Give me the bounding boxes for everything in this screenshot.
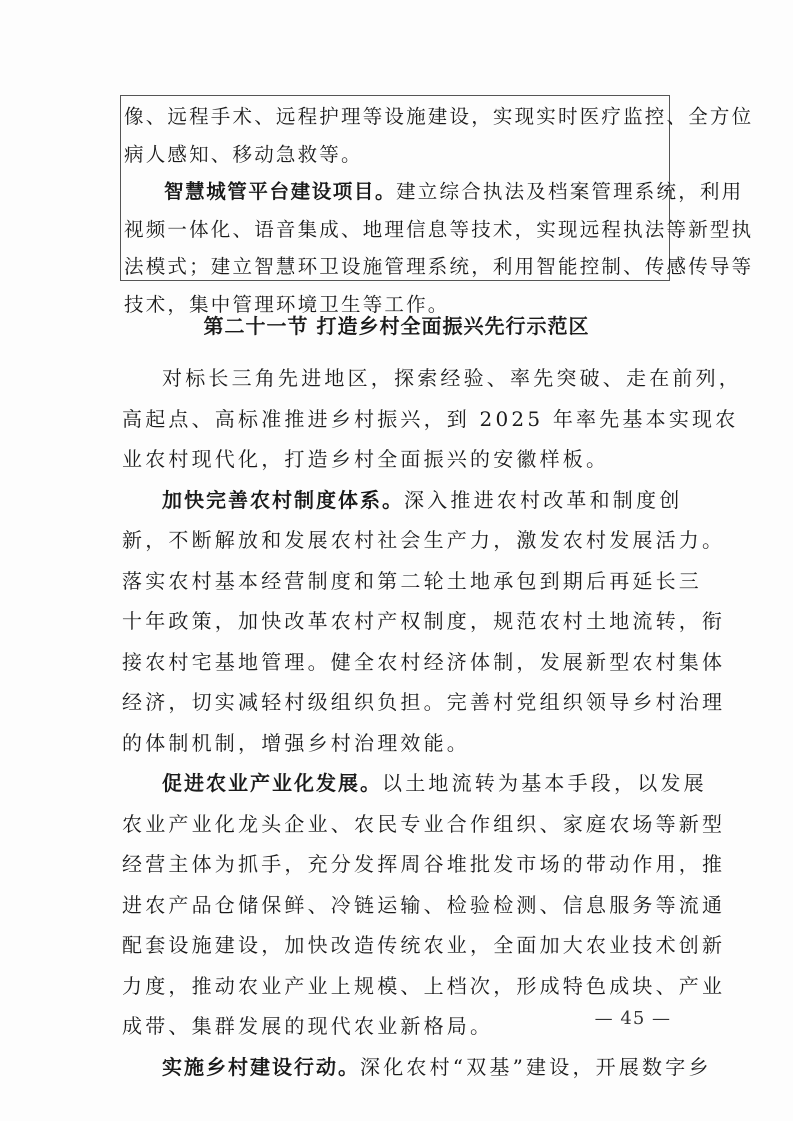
paragraph-line: 的体制机制，增强乡村治理效能。 (122, 723, 682, 764)
box-line: 智慧城管平台建设项目。建立综合执法及档案管理系统，利用 (124, 173, 669, 211)
paragraph-line: 业农村现代化，打造乡村全面振兴的安徽样板。 (122, 439, 682, 480)
box-line: 视频一体化、语音集成、地理信息等技术，实现远程执法等新型执 (124, 211, 669, 249)
paragraph-heading: 促进农业产业化发展。 (162, 771, 382, 795)
paragraph-line: 实施乡村建设行动。深化农村“双基”建设，开展数字乡 (122, 1047, 682, 1088)
paragraph-line: 加快完善农村制度体系。深入推进农村改革和制度创 (122, 480, 682, 521)
paragraph-line: 接农村宅基地管理。健全农村经济体制，发展新型农村集体 (122, 642, 682, 683)
section-title: 第二十一节 打造乡村全面振兴先行示范区 (0, 310, 793, 339)
document-page: 像、远程手术、远程护理等设施建设，实现实时医疗监控、全方位 病人感知、移动急救等… (0, 0, 793, 1121)
boxed-project-list: 像、远程手术、远程护理等设施建设，实现实时医疗监控、全方位 病人感知、移动急救等… (120, 95, 670, 281)
body-text: 对标长三角先进地区，探索经验、率先突破、走在前列， 高起点、高标准推进乡村振兴，… (122, 358, 682, 1087)
paragraph-line: 促进农业产业化发展。以土地流转为基本手段，以发展 (122, 763, 682, 804)
paragraph-line: 落实农村基本经营制度和第二轮土地承包到期后再延长三 (122, 561, 682, 602)
paragraph-line: 经济，切实减轻村级组织负担。完善村党组织领导乡村治理 (122, 682, 682, 723)
paragraph-line: 十年政策，加快改革农村产权制度，规范农村土地流转，衔 (122, 601, 682, 642)
page-number: — 45 — (595, 1008, 671, 1029)
paragraph-line: 农业产业化龙头企业、农民专业合作组织、家庭农场等新型 (122, 804, 682, 845)
paragraph-line: 力度，推动农业产业上规模、上档次，形成特色成块、产业 (122, 966, 682, 1007)
box-line: 病人感知、移动急救等。 (124, 136, 669, 174)
paragraph-line: 新，不断解放和发展农村社会生产力，激发农村发展活力。 (122, 520, 682, 561)
paragraph-line: 高起点、高标准推进乡村振兴，到 2025 年率先基本实现农 (122, 399, 682, 440)
paragraph-line: 进农产品仓储保鲜、冷链运输、检验检测、信息服务等流通 (122, 885, 682, 926)
paragraph-heading: 实施乡村建设行动。 (162, 1055, 360, 1079)
paragraph-line: 配套设施建设，加快改造传统农业，全面加大农业技术创新 (122, 925, 682, 966)
paragraph-line: 对标长三角先进地区，探索经验、率先突破、走在前列， (122, 358, 682, 399)
project-heading: 智慧城管平台建设项目。 (164, 180, 396, 203)
box-line: 像、远程手术、远程护理等设施建设，实现实时医疗监控、全方位 (124, 98, 669, 136)
paragraph-line: 经营主体为抓手，充分发挥周谷堆批发市场的带动作用，推 (122, 844, 682, 885)
paragraph-heading: 加快完善农村制度体系。 (162, 488, 404, 512)
box-line: 法模式；建立智慧环卫设施管理系统，利用智能控制、传感传导等 (124, 248, 669, 286)
